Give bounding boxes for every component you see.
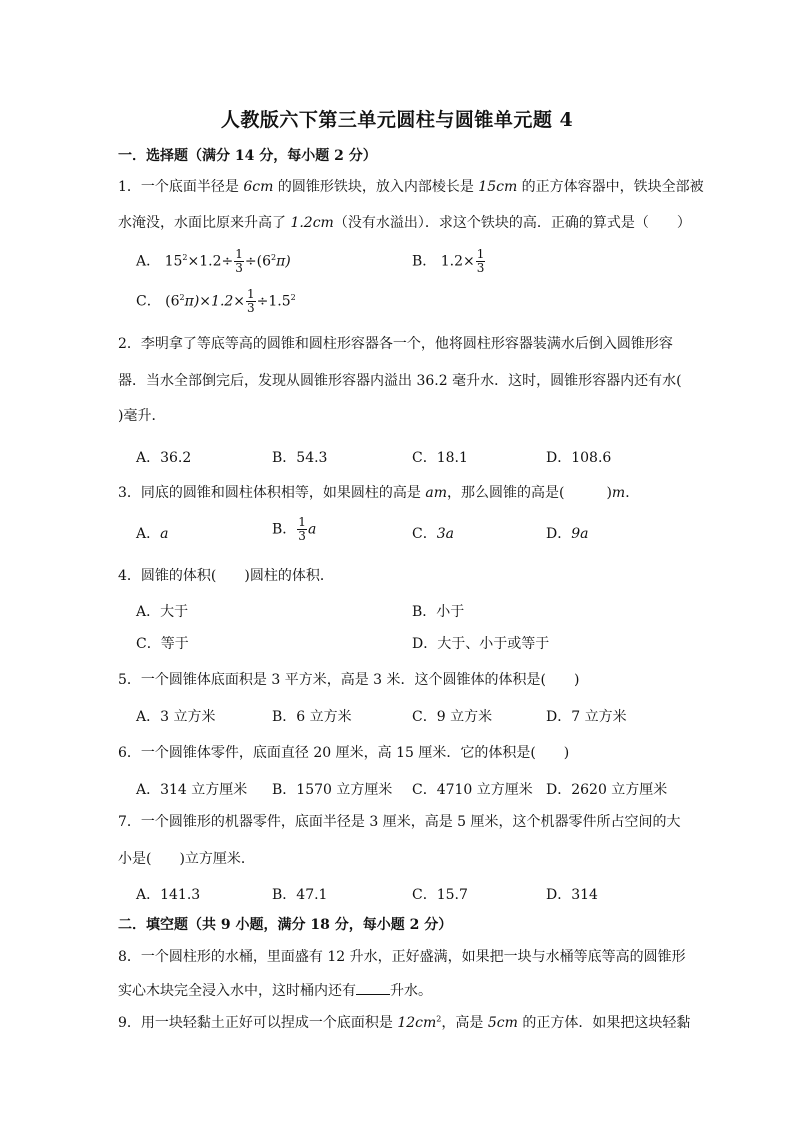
fraction: 13 bbox=[246, 288, 256, 315]
question-5-option-b[interactable]: B．6 立方米 bbox=[272, 706, 352, 726]
fraction: 13 bbox=[476, 248, 486, 275]
question-6-line-1: 6．一个圆锥体零件，底面直径 20 厘米，高 15 厘米．它的体积是( ) bbox=[118, 742, 569, 762]
question-2-option-d[interactable]: D．108.6 bbox=[546, 447, 611, 467]
question-2-line-2: 器．当水全部倒完后，发现从圆锥形容器内溢出 36.2 毫升水．这时，圆锥形容器内… bbox=[118, 370, 682, 390]
question-6-option-c[interactable]: C．4710 立方厘米 bbox=[412, 779, 533, 799]
fraction: 13 bbox=[234, 248, 244, 275]
question-4-option-b[interactable]: B．小于 bbox=[412, 601, 464, 621]
question-4-line-1: 4．圆锥的体积( )圆柱的体积． bbox=[118, 565, 334, 585]
question-7-option-a[interactable]: A．141.3 bbox=[136, 884, 200, 904]
question-6-option-b[interactable]: B．1570 立方厘米 bbox=[272, 779, 392, 799]
question-1-option-c[interactable]: C． (62π)×1.2×13÷1.52 bbox=[136, 288, 296, 315]
question-2-option-c[interactable]: C．18.1 bbox=[412, 447, 468, 467]
question-7-option-c[interactable]: C．15.7 bbox=[412, 884, 468, 904]
question-1-line-2: 水淹没，水面比原来升高了 1.2cm（没有水溢出）．求这个铁块的高．正确的算式是… bbox=[118, 212, 691, 232]
fraction: 13 bbox=[297, 516, 307, 543]
question-2-option-b[interactable]: B．54.3 bbox=[272, 447, 327, 467]
question-7-line-1: 7．一个圆锥形的机器零件，底面半径是 3 厘米，高是 5 厘米，这个机器零件所占… bbox=[118, 811, 681, 831]
section-heading-fill-in: 二．填空题（共 9 小题，满分 18 分，每小题 2 分） bbox=[118, 914, 452, 934]
question-1-option-a[interactable]: A． 152×1.2÷13÷(62π) bbox=[136, 248, 291, 275]
question-7-option-d[interactable]: D．314 bbox=[546, 884, 598, 904]
question-2-line-3: )毫升． bbox=[118, 405, 165, 425]
question-3-option-a[interactable]: A．a bbox=[136, 523, 168, 543]
question-2-option-a[interactable]: A．36.2 bbox=[136, 447, 191, 467]
question-3-line-1: 3．同底的圆锥和圆柱体积相等，如果圆柱的高是 am，那么圆锥的高是( )m． bbox=[118, 482, 639, 502]
question-3-option-c[interactable]: C．3a bbox=[412, 523, 454, 543]
question-4-option-c[interactable]: C．等于 bbox=[136, 633, 189, 653]
question-2-line-1: 2．李明拿了等底等高的圆锥和圆柱形容器各一个，他将圆柱形容器装满水后倒入圆锥形容 bbox=[118, 333, 673, 353]
page-title: 人教版六下第三单元圆柱与圆锥单元题 4 bbox=[0, 105, 794, 132]
answer-blank[interactable] bbox=[356, 982, 390, 995]
question-4-option-d[interactable]: D．大于、小于或等于 bbox=[412, 633, 549, 653]
question-6-option-d[interactable]: D．2620 立方厘米 bbox=[546, 779, 667, 799]
question-5-option-c[interactable]: C．9 立方米 bbox=[412, 706, 492, 726]
question-5-option-a[interactable]: A．3 立方米 bbox=[136, 706, 215, 726]
exam-page: 人教版六下第三单元圆柱与圆锥单元题 4 一．选择题（满分 14 分，每小题 2 … bbox=[0, 0, 794, 1123]
question-5-option-d[interactable]: D．7 立方米 bbox=[546, 706, 627, 726]
question-3-option-d[interactable]: D．9a bbox=[546, 523, 589, 543]
question-8-line-1: 8．一个圆柱形的水桶，里面盛有 12 升水，正好盛满，如果把一块与水桶等底等高的… bbox=[118, 946, 686, 966]
question-7-option-b[interactable]: B．47.1 bbox=[272, 884, 327, 904]
question-1-option-b[interactable]: B． 1.2×13 bbox=[412, 248, 486, 275]
section-heading-choice: 一．选择题（满分 14 分，每小题 2 分） bbox=[118, 145, 377, 165]
question-3-option-b[interactable]: B．13a bbox=[272, 516, 316, 543]
question-6-option-a[interactable]: A．314 立方厘米 bbox=[136, 779, 247, 799]
question-4-option-a[interactable]: A．大于 bbox=[136, 601, 188, 621]
question-7-line-2: 小是( )立方厘米． bbox=[118, 848, 255, 868]
question-5-line-1: 5．一个圆锥体底面积是 3 平方米，高是 3 米．这个圆锥体的体积是( ) bbox=[118, 669, 579, 689]
question-8-line-2: 实心木块完全浸入水中，这时桶内还有升水。 bbox=[118, 980, 432, 1000]
question-9-line-1: 9．用一块轻黏土正好可以捏成一个底面积是 12cm2，高是 5cm 的正方体．如… bbox=[118, 1012, 690, 1032]
question-1-line-1: 1．一个底面半径是 6cm 的圆锥形铁块，放入内部棱长是 15cm 的正方体容器… bbox=[118, 176, 704, 196]
